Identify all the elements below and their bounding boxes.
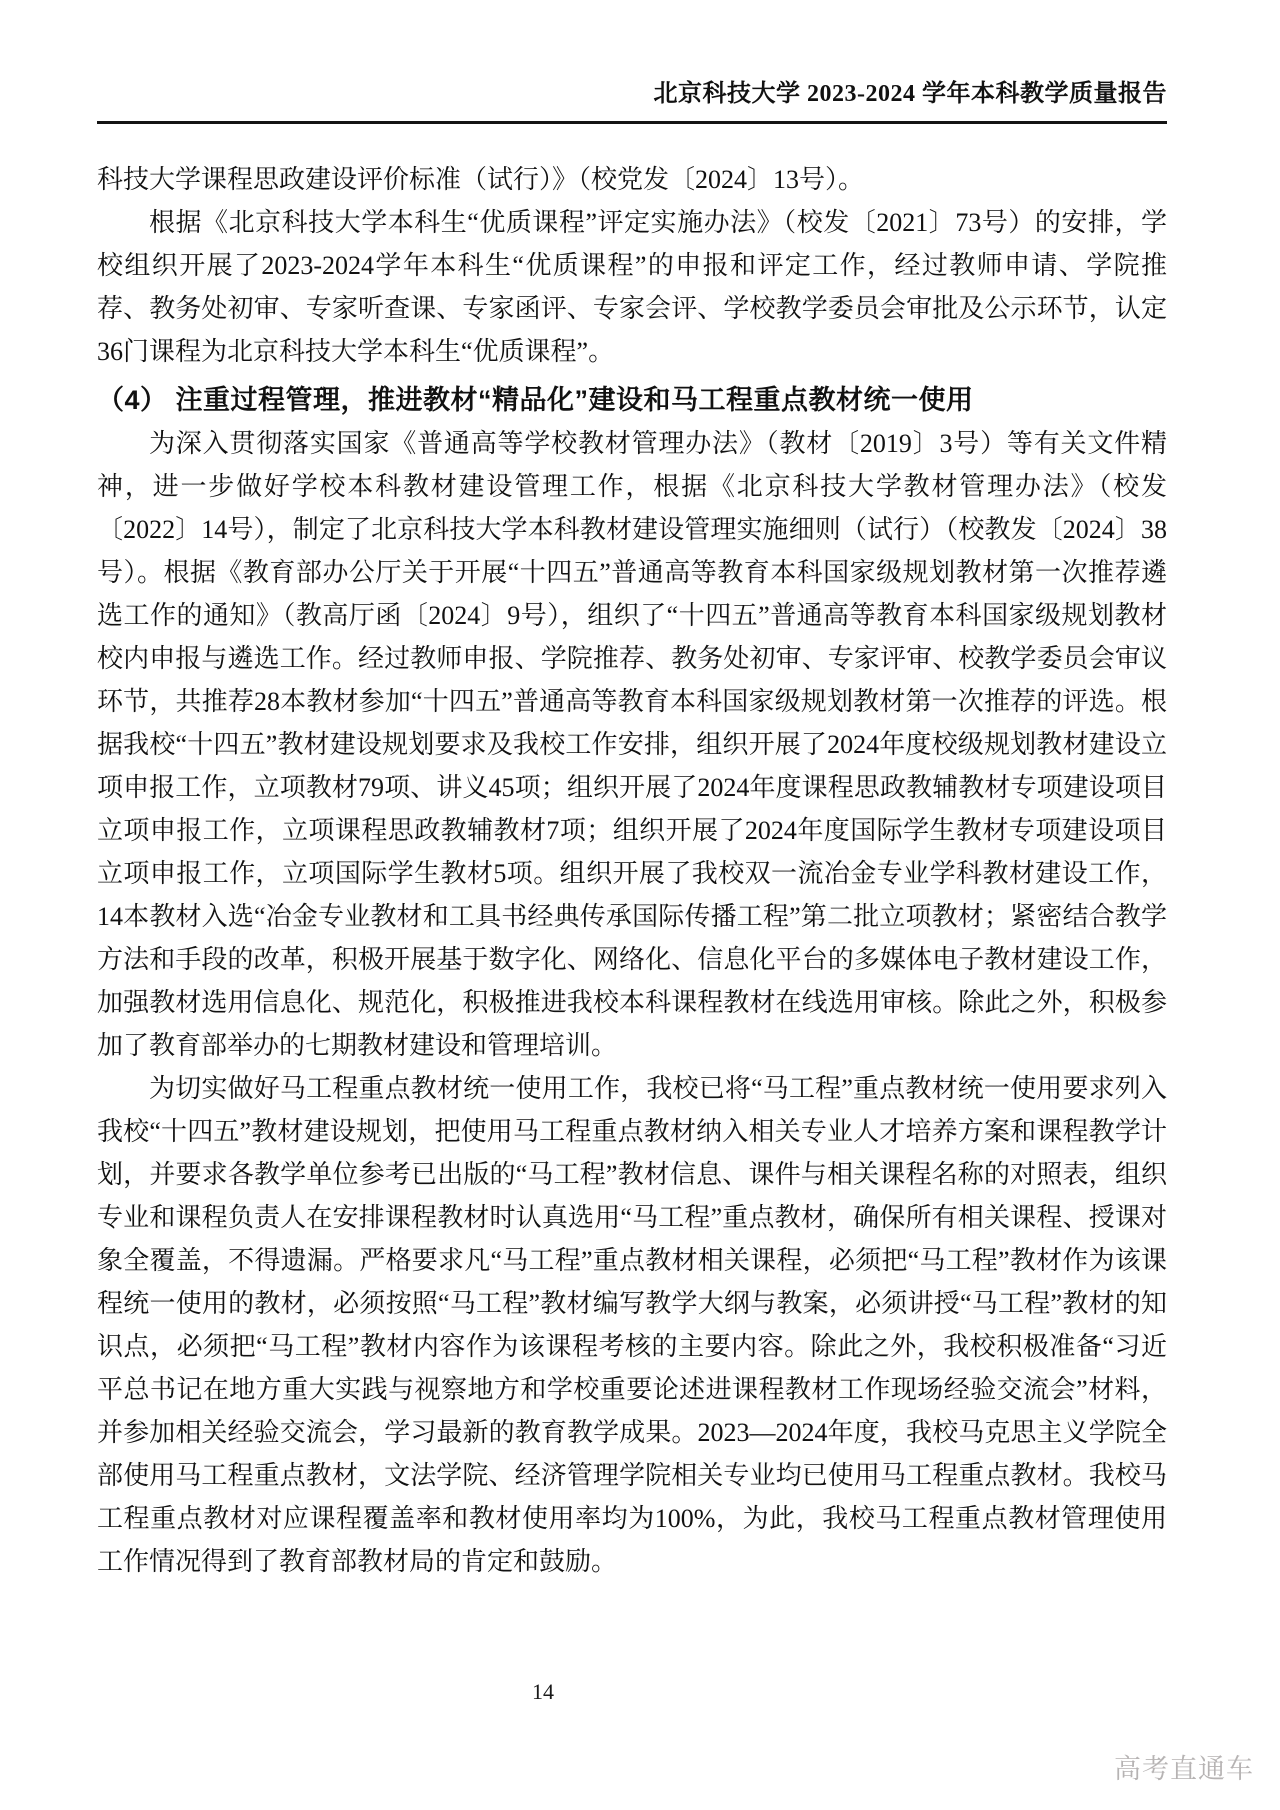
page-header: 北京科技大学 2023-2024 学年本科教学质量报告 bbox=[97, 80, 1167, 124]
document-body: 科技大学课程思政建设评价标准（试行）》（校党发〔2024〕13号）。 根据《北京… bbox=[97, 158, 1167, 1583]
page-number: 14 bbox=[532, 1681, 554, 1703]
paragraph-continuation: 科技大学课程思政建设评价标准（试行）》（校党发〔2024〕13号）。 bbox=[97, 158, 1167, 201]
paragraph-quality-courses: 根据《北京科技大学本科生“优质课程”评定实施办法》（校发〔2021〕73号）的安… bbox=[97, 201, 1167, 373]
paragraph-textbook-construction: 为深入贯彻落实国家《普通高等学校教材管理办法》（教材〔2019〕3号）等有关文件… bbox=[97, 422, 1167, 1067]
section-heading-textbook: （4） 注重过程管理，推进教材“精品化”建设和马工程重点教材统一使用 bbox=[97, 379, 1167, 422]
paragraph-ma-project-textbooks: 为切实做好马工程重点教材统一使用工作，我校已将“马工程”重点教材统一使用要求列入… bbox=[97, 1067, 1167, 1583]
running-header-title: 北京科技大学 2023-2024 学年本科教学质量报告 bbox=[97, 80, 1167, 108]
document-page: 北京科技大学 2023-2024 学年本科教学质量报告 科技大学课程思政建设评价… bbox=[0, 0, 1280, 1810]
watermark-text: 高考直通车 bbox=[1114, 1754, 1254, 1784]
